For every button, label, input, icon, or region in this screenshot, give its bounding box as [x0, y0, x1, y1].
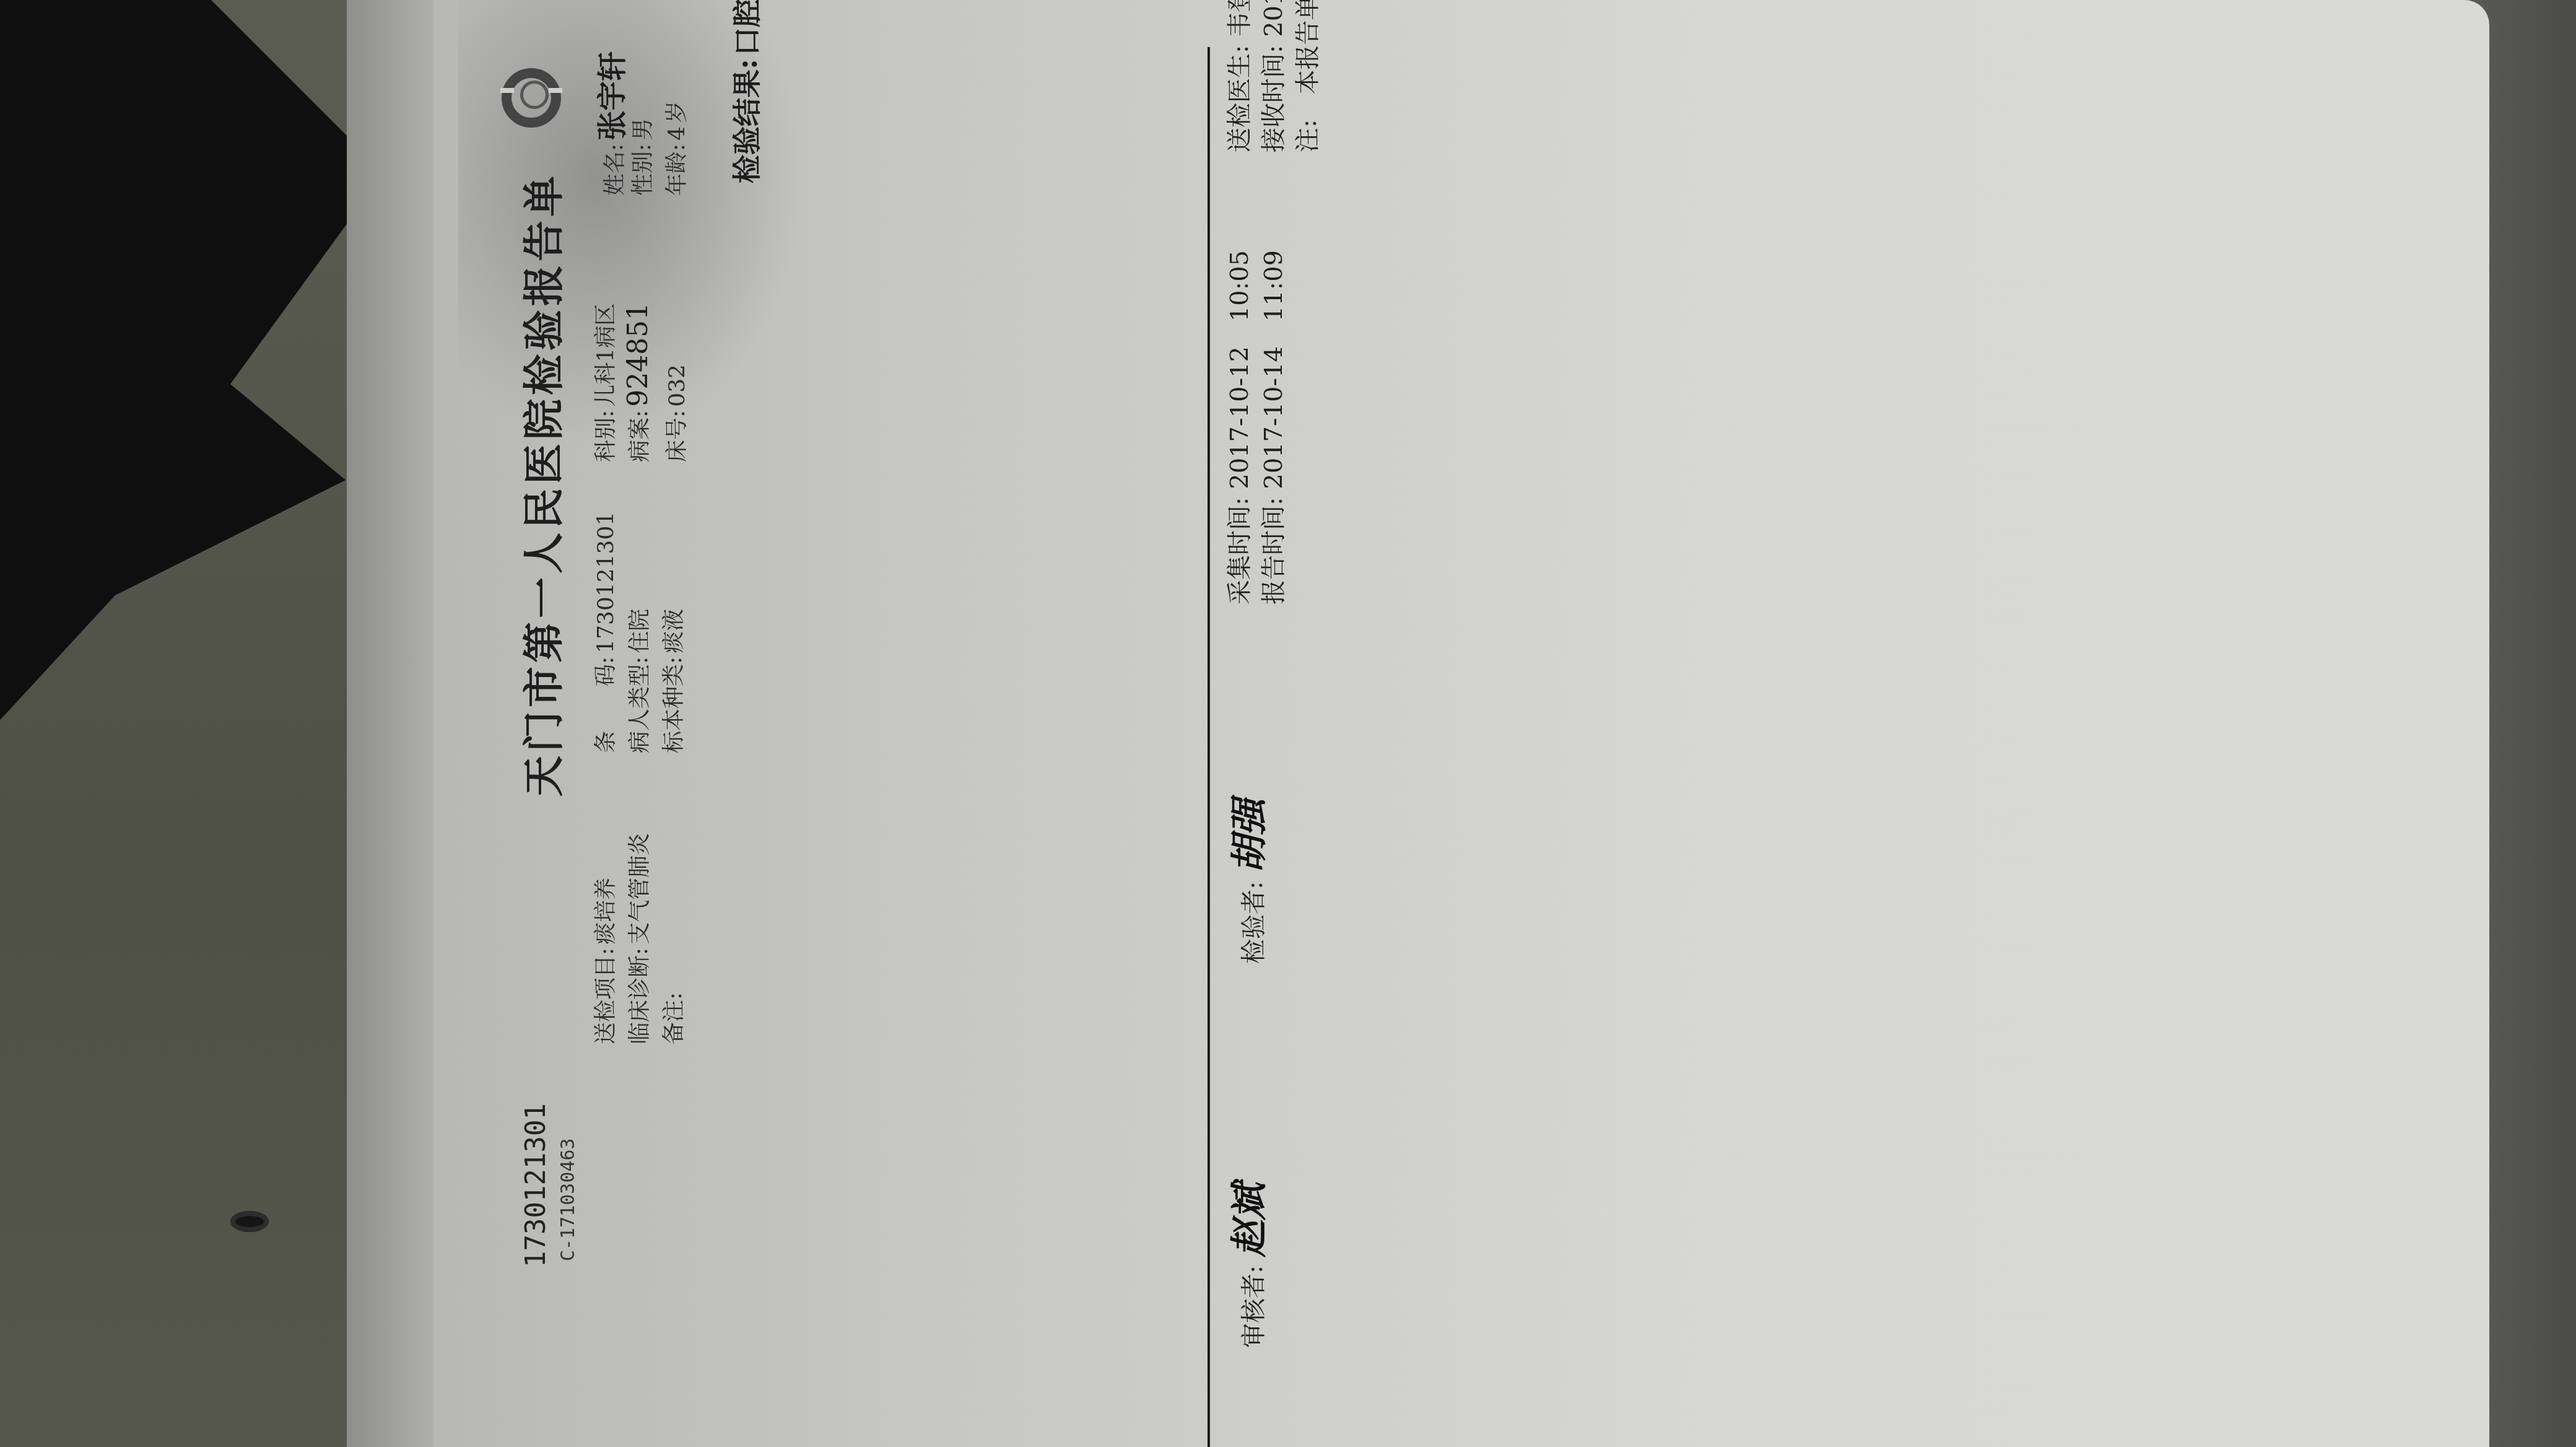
- result-row: 检验结果: 口腔正常菌群生长: [724, 0, 765, 183]
- result-value: 口腔正常菌群生长: [730, 0, 764, 56]
- clinical-diagnosis: 支气管肺炎: [627, 833, 653, 945]
- barcode-number: 1730121301: [520, 1103, 552, 1267]
- name-label: 姓名:: [603, 144, 628, 196]
- patient-name-row: 姓名: 张宇轩: [588, 51, 631, 196]
- bed-row: 床号: 032: [659, 364, 691, 462]
- lab-report-paper: 天门市第一人民医院检验报告单 1730121301 C-171030463 姓名…: [433, 0, 2489, 1447]
- patient-name: 张宇轩: [595, 51, 630, 141]
- report-time: 2017-10-14 11:09: [1260, 250, 1288, 489]
- patient-type-row: 病人类型: 住院: [622, 609, 654, 753]
- dept-row: 科别: 儿科1病区: [588, 304, 620, 462]
- tester-signature: 胡强: [1228, 799, 1271, 873]
- exam-item-row: 送检项目: 痰培养: [588, 878, 620, 1044]
- receive-time-row: 接收时间: 2017-10-12 10:44: [1254, 0, 1289, 152]
- disclaimer-note: 注: 本报告单仅对此标本负责，如有疑问请及时查询: [1288, 0, 1323, 152]
- collect-time-row: 采集时间: 2017-10-12 10:05: [1220, 250, 1255, 605]
- report-content: 天门市第一人民医院检验报告单 1730121301 C-171030463 姓名…: [433, 0, 2489, 1447]
- patient-age-row: 年龄: 4 岁: [659, 101, 691, 196]
- bed-number: 032: [664, 364, 690, 407]
- collect-time: 2017-10-12 10:05: [1225, 250, 1254, 489]
- specimen-type: 痰液: [661, 609, 687, 654]
- sending-doctor: 韦登飞: [1225, 0, 1254, 37]
- patient-sex: 男: [630, 118, 656, 141]
- department: 儿科1病区: [593, 304, 619, 407]
- result-label: 检验结果:: [730, 59, 764, 183]
- report-title: 天门市第一人民医院检验报告单: [511, 172, 570, 797]
- exam-item: 痰培养: [593, 878, 619, 945]
- diagnosis-row: 临床诊断: 支气管肺炎: [622, 833, 654, 1044]
- specimen-code: C-171030463: [557, 1138, 579, 1261]
- reviewer-row: 审核者: 赵斌: [1220, 1183, 1273, 1348]
- hospital-logo-icon: [502, 68, 561, 128]
- patient-age: 4: [664, 126, 690, 141]
- doctor-row: 送检医生: 韦登飞: [1220, 0, 1255, 152]
- reviewer-signature: 赵斌: [1228, 1183, 1271, 1257]
- patient-type: 住院: [627, 609, 653, 654]
- divider-line: [1207, 47, 1210, 1447]
- patient-sex-row: 性别: 男: [625, 118, 657, 196]
- remark-row: 备注:: [656, 992, 688, 1044]
- case-number: 924851: [622, 303, 654, 407]
- tester-row: 检验者: 胡强: [1220, 799, 1273, 964]
- sample-barcode: 1730121301: [593, 512, 619, 654]
- clipboard-hole-icon: [230, 1211, 269, 1232]
- report-time-row: 报告时间: 2017-10-14 11:09: [1254, 250, 1289, 605]
- receive-time: 2017-10-12 10:44: [1260, 0, 1288, 37]
- case-row: 病案: 924851: [622, 303, 654, 462]
- specimen-type-row: 标本种类: 痰液: [656, 609, 688, 753]
- barcode-row: 条 码: 1730121301: [588, 512, 620, 753]
- background-clipboard: [347, 0, 446, 1447]
